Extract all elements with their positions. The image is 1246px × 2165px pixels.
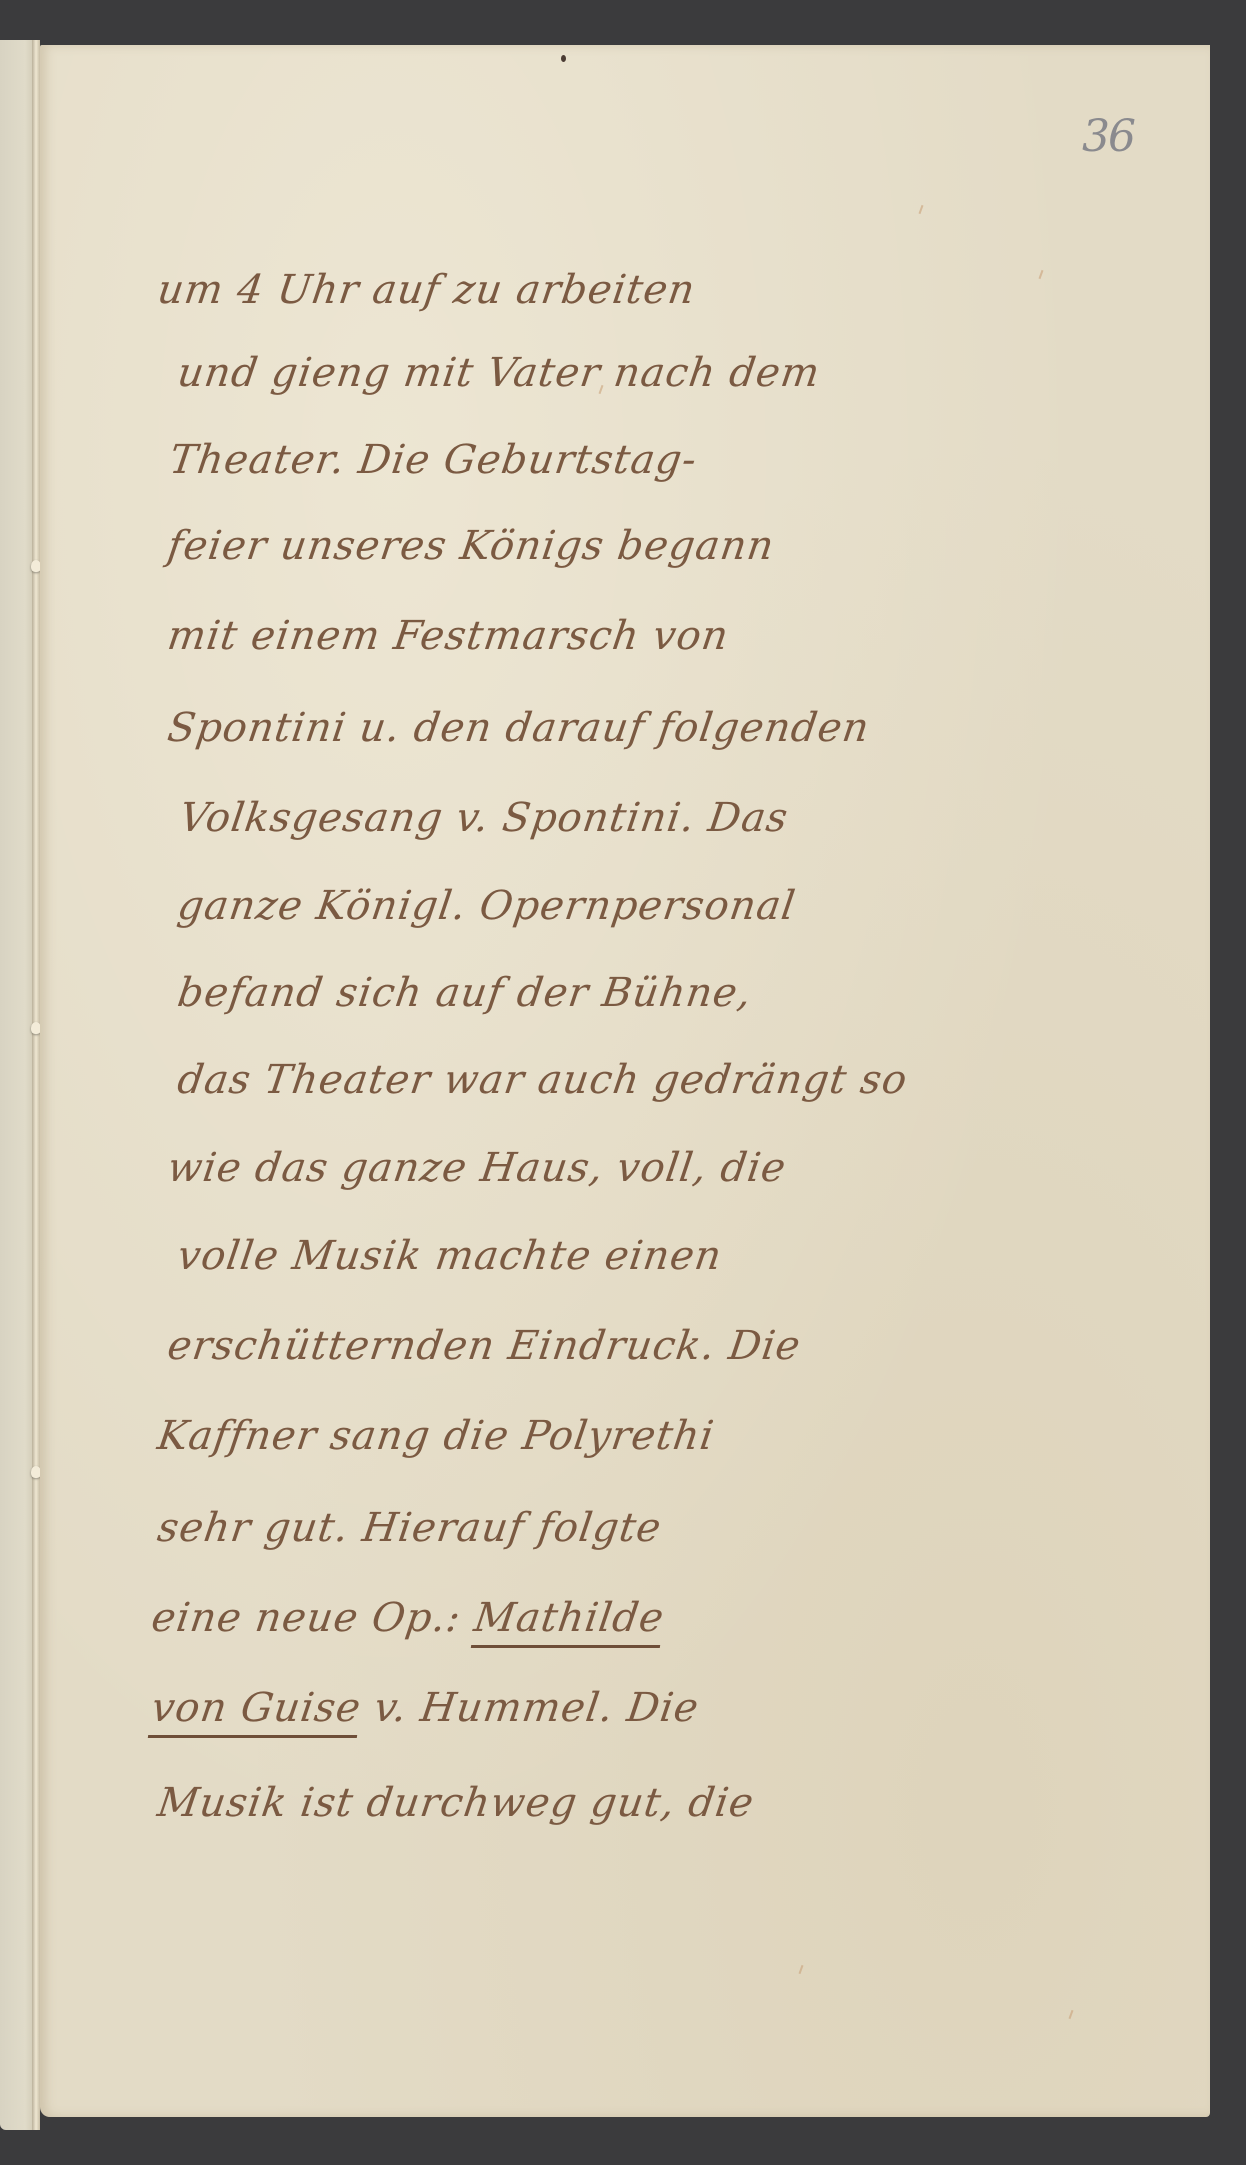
- text-line: Spontini u. den darauf folgenden: [165, 705, 873, 751]
- text-line: das Theater war auch gedrängt so: [175, 1057, 911, 1103]
- text-line: volle Musik machte einen: [175, 1233, 725, 1279]
- text-line: befand sich auf der Bühne,: [175, 970, 755, 1016]
- text-line: feier unseres Königs begann: [165, 523, 778, 569]
- text-line: um 4 Uhr auf zu arbeiten: [155, 267, 699, 313]
- text-line: Volksgesang v. Spontini. Das: [177, 795, 791, 841]
- text-line: eine neue Op.: Mathilde: [149, 1595, 667, 1641]
- underlined-title: Mathilde: [470, 1595, 667, 1648]
- text-line: und gieng mit Vater nach dem: [175, 350, 823, 396]
- text-line: sehr gut. Hierauf folgte: [155, 1505, 665, 1551]
- handwritten-text: um 4 Uhr auf zu arbeiten und gieng mit V…: [40, 45, 1210, 2117]
- text-line: erschütternden Eindruck. Die: [165, 1323, 804, 1369]
- text-line: Kaffner sang die Polyrethi: [155, 1413, 718, 1459]
- text-segment: v. Hummel. Die: [358, 1685, 702, 1731]
- text-line: mit einem Festmarsch von: [165, 613, 732, 659]
- underlined-title: von Guise: [148, 1685, 364, 1738]
- text-line: Musik ist durchweg gut, die: [155, 1780, 757, 1826]
- manuscript-page: 36 um 4 Uhr auf zu arbeiten und gieng mi…: [40, 45, 1210, 2117]
- text-line: wie das ganze Haus, voll, die: [165, 1145, 789, 1191]
- text-line: ganze Königl. Opernpersonal: [175, 883, 799, 929]
- binding-gutter: [32, 40, 40, 2130]
- text-line: von Guise v. Hummel. Die: [149, 1685, 702, 1731]
- previous-page-edge: [0, 40, 36, 2130]
- text-line: Theater. Die Geburtstag-: [167, 437, 700, 483]
- text-segment: eine neue Op.:: [149, 1595, 478, 1641]
